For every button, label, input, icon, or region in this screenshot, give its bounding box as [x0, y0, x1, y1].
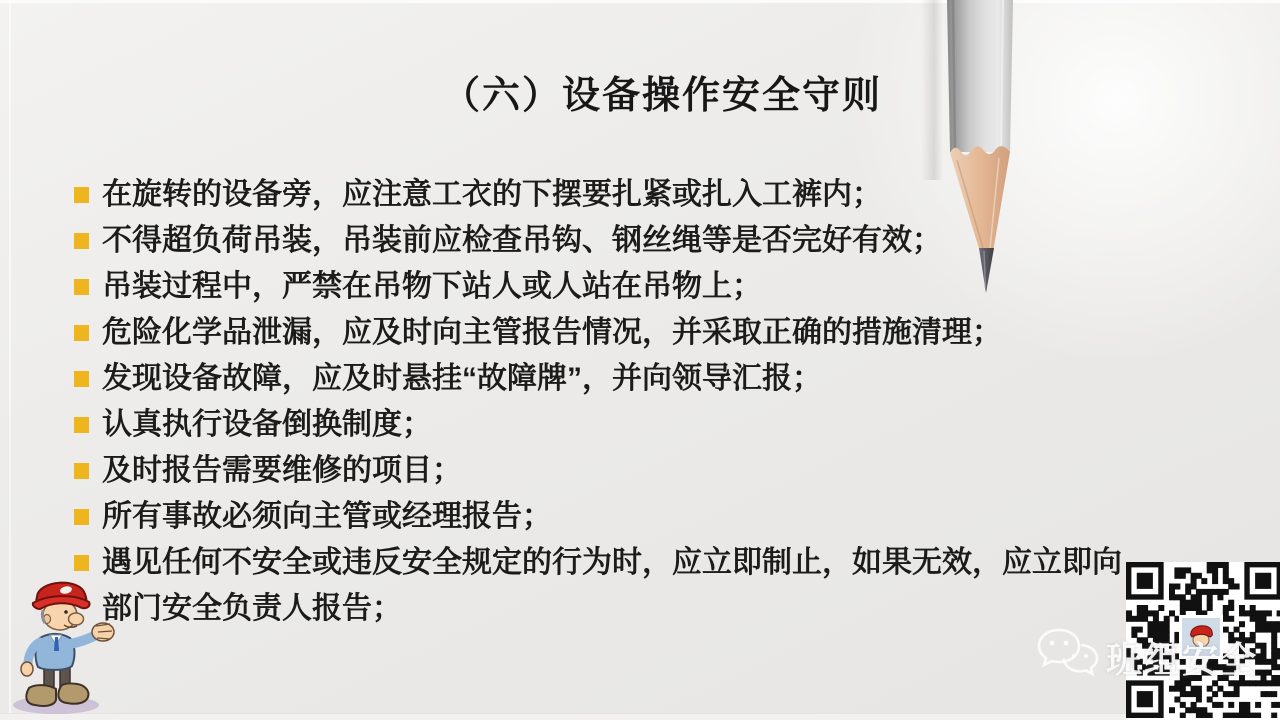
bullet-square-icon: [74, 509, 89, 525]
list-item-text: 所有事故必须向主管或经理报告；: [102, 494, 552, 540]
list-item: 在旋转的设备旁，应注意工衣的下摆要扎紧或扎入工裤内；: [74, 172, 1230, 218]
list-item: 所有事故必须向主管或经理报告；: [74, 494, 1230, 540]
list-item-text: 发现设备故障，应及时悬挂“故障牌”，并向领导汇报；: [102, 356, 822, 402]
list-item-text: 危险化学品泄漏，应及时向主管报告情况，并采取正确的措施清理；: [102, 310, 1002, 356]
list-item: 不得超负荷吊装，吊装前应检查吊钩、钢丝绳等是否完好有效；: [74, 218, 1230, 264]
list-item: 危险化学品泄漏，应及时向主管报告情况，并采取正确的措施清理；: [74, 310, 1230, 356]
bullet-square-icon: [74, 187, 89, 203]
list-item-text: 及时报告需要维修的项目；: [102, 448, 462, 494]
list-item: 发现设备故障，应及时悬挂“故障牌”，并向领导汇报；: [74, 356, 1230, 402]
list-item: 遇见任何不安全或违反安全规定的行为时，应立即制止，如果无效，应立即向 部门安全负…: [74, 540, 1230, 632]
list-item-text: 遇见任何不安全或违反安全规定的行为时，应立即制止，如果无效，应立即向 部门安全负…: [102, 540, 1122, 632]
bullet-square-icon: [74, 417, 89, 433]
bullet-square-icon: [74, 325, 89, 341]
bullet-square-icon: [74, 279, 89, 295]
list-item: 吊装过程中，严禁在吊物下站人或人站在吊物上；: [74, 264, 1230, 310]
list-item: 认真执行设备倒换制度；: [74, 402, 1230, 448]
list-item-text: 不得超负荷吊装，吊装前应检查吊钩、钢丝绳等是否完好有效；: [102, 218, 942, 264]
slide-title: （六）设备操作安全守则: [22, 64, 1280, 119]
safety-worker-mascot-icon: [0, 566, 118, 718]
safety-rules-list: 在旋转的设备旁，应注意工衣的下摆要扎紧或扎入工裤内； 不得超负荷吊装，吊装前应检…: [74, 172, 1230, 632]
wechat-logo-icon: [1036, 626, 1102, 689]
list-item-text: 认真执行设备倒换制度；: [102, 402, 432, 448]
wechat-brand: 班组安全: [1036, 626, 1258, 689]
slide-bottom-edge: [0, 713, 1280, 720]
bullet-square-icon: [74, 463, 89, 479]
wechat-account-label: 班组安全: [1106, 632, 1258, 683]
list-item-text: 吊装过程中，严禁在吊物下站人或人站在吊物上；: [102, 264, 762, 310]
list-item-text: 在旋转的设备旁，应注意工衣的下摆要扎紧或扎入工裤内；: [102, 172, 882, 218]
presentation-slide: （六）设备操作安全守则 在旋转的设备旁，应注意工衣的下摆要扎紧或扎入工裤内； 不…: [0, 0, 1280, 720]
list-item: 及时报告需要维修的项目；: [74, 448, 1230, 494]
bullet-square-icon: [74, 371, 89, 387]
bullet-square-icon: [74, 233, 89, 249]
